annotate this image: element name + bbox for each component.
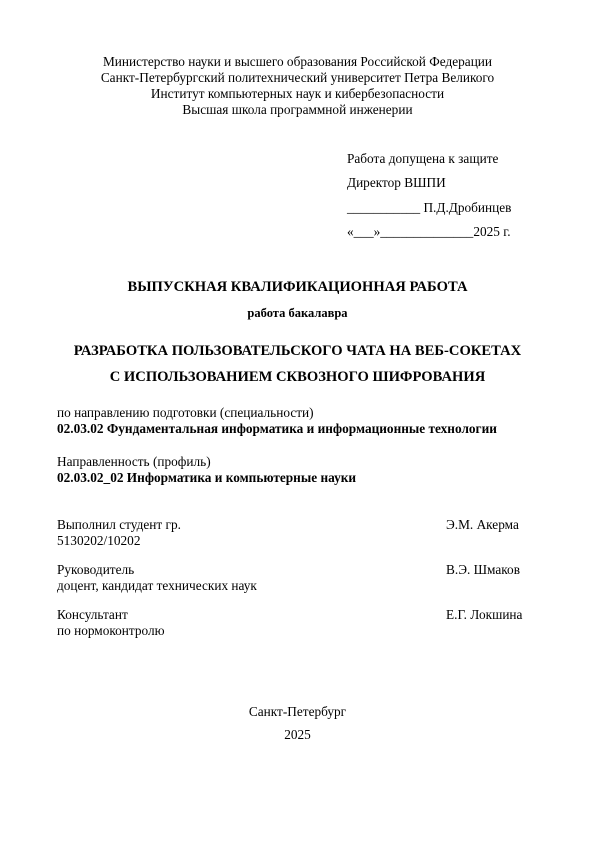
student-name: Э.М. Акерма <box>446 517 519 533</box>
consultant-role: Консультант <box>57 607 128 623</box>
year: 2025 <box>0 727 595 743</box>
institute-line: Институт компьютерных наук и кибербезопа… <box>0 86 595 102</box>
approval-date: «___»______________2025 г. <box>347 224 511 240</box>
document-type-title: ВЫПУСКНАЯ КВАЛИФИКАЦИОННАЯ РАБОТА <box>0 279 595 296</box>
thesis-topic-line-2: С ИСПОЛЬЗОВАНИЕМ СКВОЗНОГО ШИФРОВАНИЯ <box>0 369 595 386</box>
supervisor-name: В.Э. Шмаков <box>446 562 520 578</box>
title-page: Министерство науки и высшего образования… <box>0 0 595 842</box>
university-line: Санкт-Петербургский политехнический унив… <box>0 70 595 86</box>
profile-label: Направленность (профиль) <box>57 454 211 470</box>
supervisor-role: Руководитель <box>57 562 134 578</box>
document-subtitle: работа бакалавра <box>0 306 595 321</box>
thesis-topic-line-1: РАЗРАБОТКА ПОЛЬЗОВАТЕЛЬСКОГО ЧАТА НА ВЕБ… <box>0 343 595 360</box>
supervisor-title: доцент, кандидат технических наук <box>57 578 257 594</box>
city: Санкт-Петербург <box>0 704 595 720</box>
profile-value: 02.03.02_02 Информатика и компьютерные н… <box>57 470 356 486</box>
approval-signature: ___________ П.Д.Дробинцев <box>347 200 511 216</box>
ministry-line: Министерство науки и высшего образования… <box>0 54 595 70</box>
direction-value: 02.03.02 Фундаментальная информатика и и… <box>57 421 497 437</box>
approval-admitted: Работа допущена к защите <box>347 151 498 167</box>
approval-director: Директор ВШПИ <box>347 175 446 191</box>
student-group: 5130202/10202 <box>57 533 140 549</box>
direction-label: по направлению подготовки (специальности… <box>57 405 314 421</box>
consultant-name: Е.Г. Локшина <box>446 607 522 623</box>
student-role: Выполнил студент гр. <box>57 517 181 533</box>
institution-header: Министерство науки и высшего образования… <box>0 54 595 118</box>
school-line: Высшая школа программной инженерии <box>0 102 595 118</box>
consultant-detail: по нормоконтролю <box>57 623 165 639</box>
